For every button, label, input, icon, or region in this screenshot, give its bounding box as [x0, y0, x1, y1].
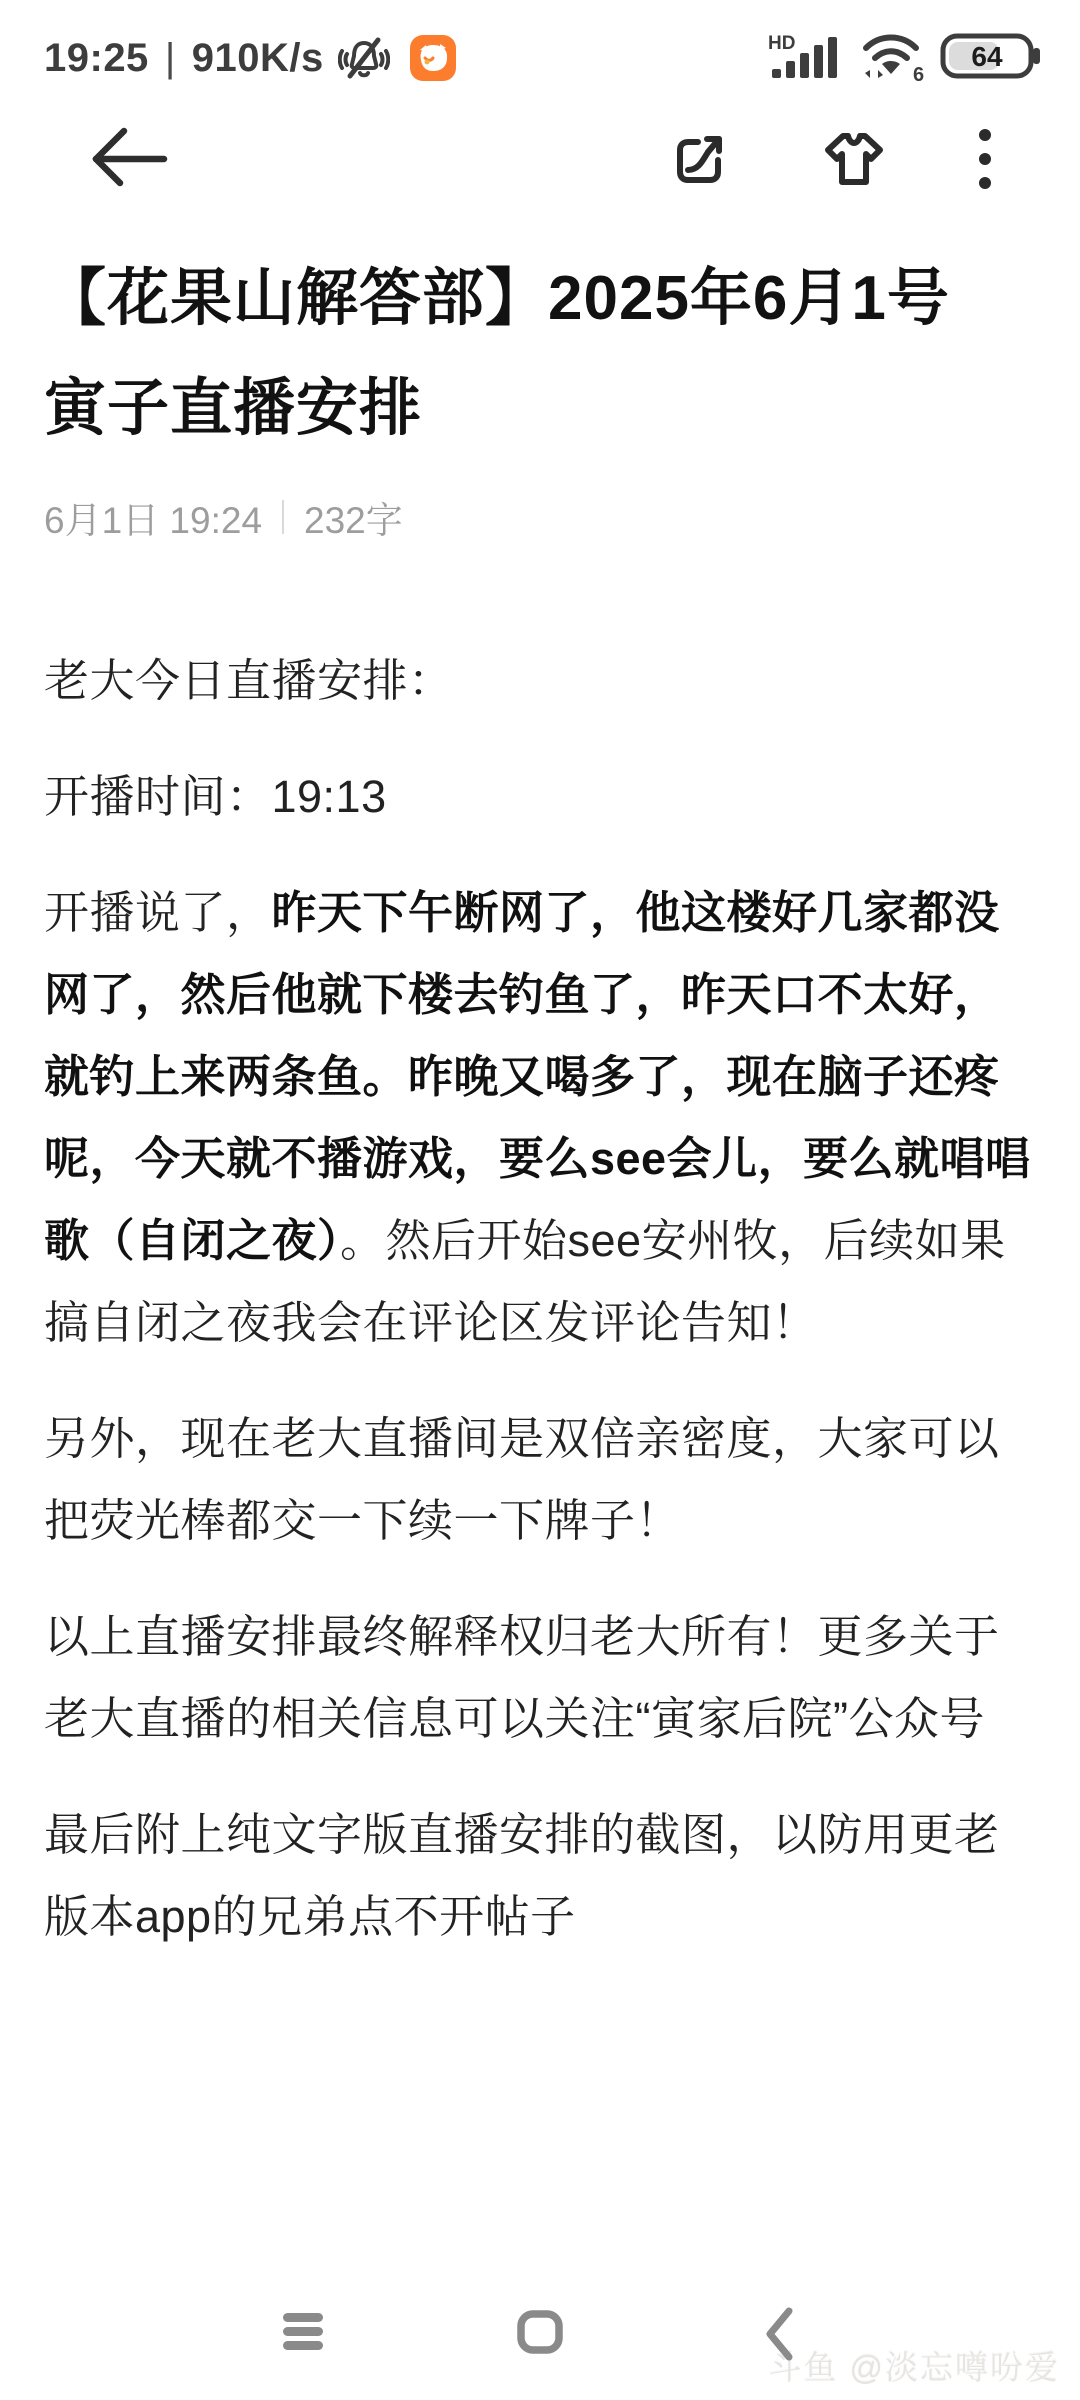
article-body: 老大今日直播安排： 开播时间：19:13 开播说了，昨天下午断网了，他这楼好几家… [44, 640, 1036, 1958]
recents-icon[interactable] [282, 2312, 324, 2357]
status-bar: 19:25 | 910K/s [0, 0, 1080, 100]
paragraph-disclaimer: 以上直播安排最终解释权归老大所有！更多关于老大直播的相关信息可以关注“寅家后院”… [44, 1596, 1036, 1760]
battery-icon: 64 [940, 32, 1042, 85]
page-title: 【花果山解答部】2025年6月1号 寅子直播安排 [44, 244, 1036, 464]
hd-label: HD [768, 33, 795, 54]
tiger-app-badge-icon [410, 35, 456, 81]
svg-text:6: 6 [913, 64, 924, 82]
status-separator: | [163, 36, 178, 81]
back-nav-icon[interactable] [764, 2306, 794, 2367]
shirt-theme-icon[interactable] [822, 130, 886, 188]
paragraph-screenshot-note: 最后附上纯文字版直播安排的截图，以防用更老版本app的兄弟点不开帖子 [44, 1794, 1036, 1958]
title-line-1: 【花果山解答部】2025年6月1号 [44, 244, 1036, 354]
story-bold-text: 昨天下午断网了，他这楼好几家都没网了，然后他就下楼去钓鱼了，昨天口不太好，就钓上… [44, 887, 1031, 1266]
publish-time: 6月1日 19:24 [44, 490, 262, 544]
toolbar [0, 100, 1080, 218]
status-bar-right: HD 6 [768, 30, 1042, 87]
back-arrow-icon[interactable] [84, 119, 170, 199]
title-line-2: 寅子直播安排 [44, 354, 1036, 464]
bell-muted-icon [338, 34, 390, 82]
meta-divider [282, 500, 284, 534]
share-icon[interactable] [672, 130, 730, 188]
paragraph-story: 开播说了，昨天下午断网了，他这楼好几家都没网了，然后他就下楼去钓鱼了，昨天口不太… [44, 872, 1036, 1364]
paragraph-intimacy: 另外，现在老大直播间是双倍亲密度，大家可以把荧光棒都交一下续一下牌子！ [44, 1398, 1036, 1562]
battery-percent-label: 64 [971, 41, 1003, 72]
more-menu-icon[interactable] [978, 128, 992, 190]
clock: 19:25 [44, 36, 149, 81]
signal-hd-icon: HD [768, 31, 842, 86]
system-nav-bar [0, 2280, 1080, 2400]
status-bar-left: 19:25 | 910K/s [44, 34, 456, 82]
home-icon[interactable] [517, 2310, 563, 2359]
network-speed: 910K/s [192, 36, 324, 81]
word-count: 232字 [304, 490, 403, 544]
wifi-icon: 6 [858, 30, 924, 87]
article: 【花果山解答部】2025年6月1号 寅子直播安排 6月1日 19:24 232字… [0, 244, 1080, 1958]
article-meta: 6月1日 19:24 232字 [44, 490, 1036, 544]
paragraph-schedule-header: 老大今日直播安排： [44, 640, 1036, 722]
paragraph-start-time: 开播时间：19:13 [44, 756, 1036, 838]
story-prefix: 开播说了， [44, 887, 272, 938]
toolbar-actions [672, 128, 992, 190]
